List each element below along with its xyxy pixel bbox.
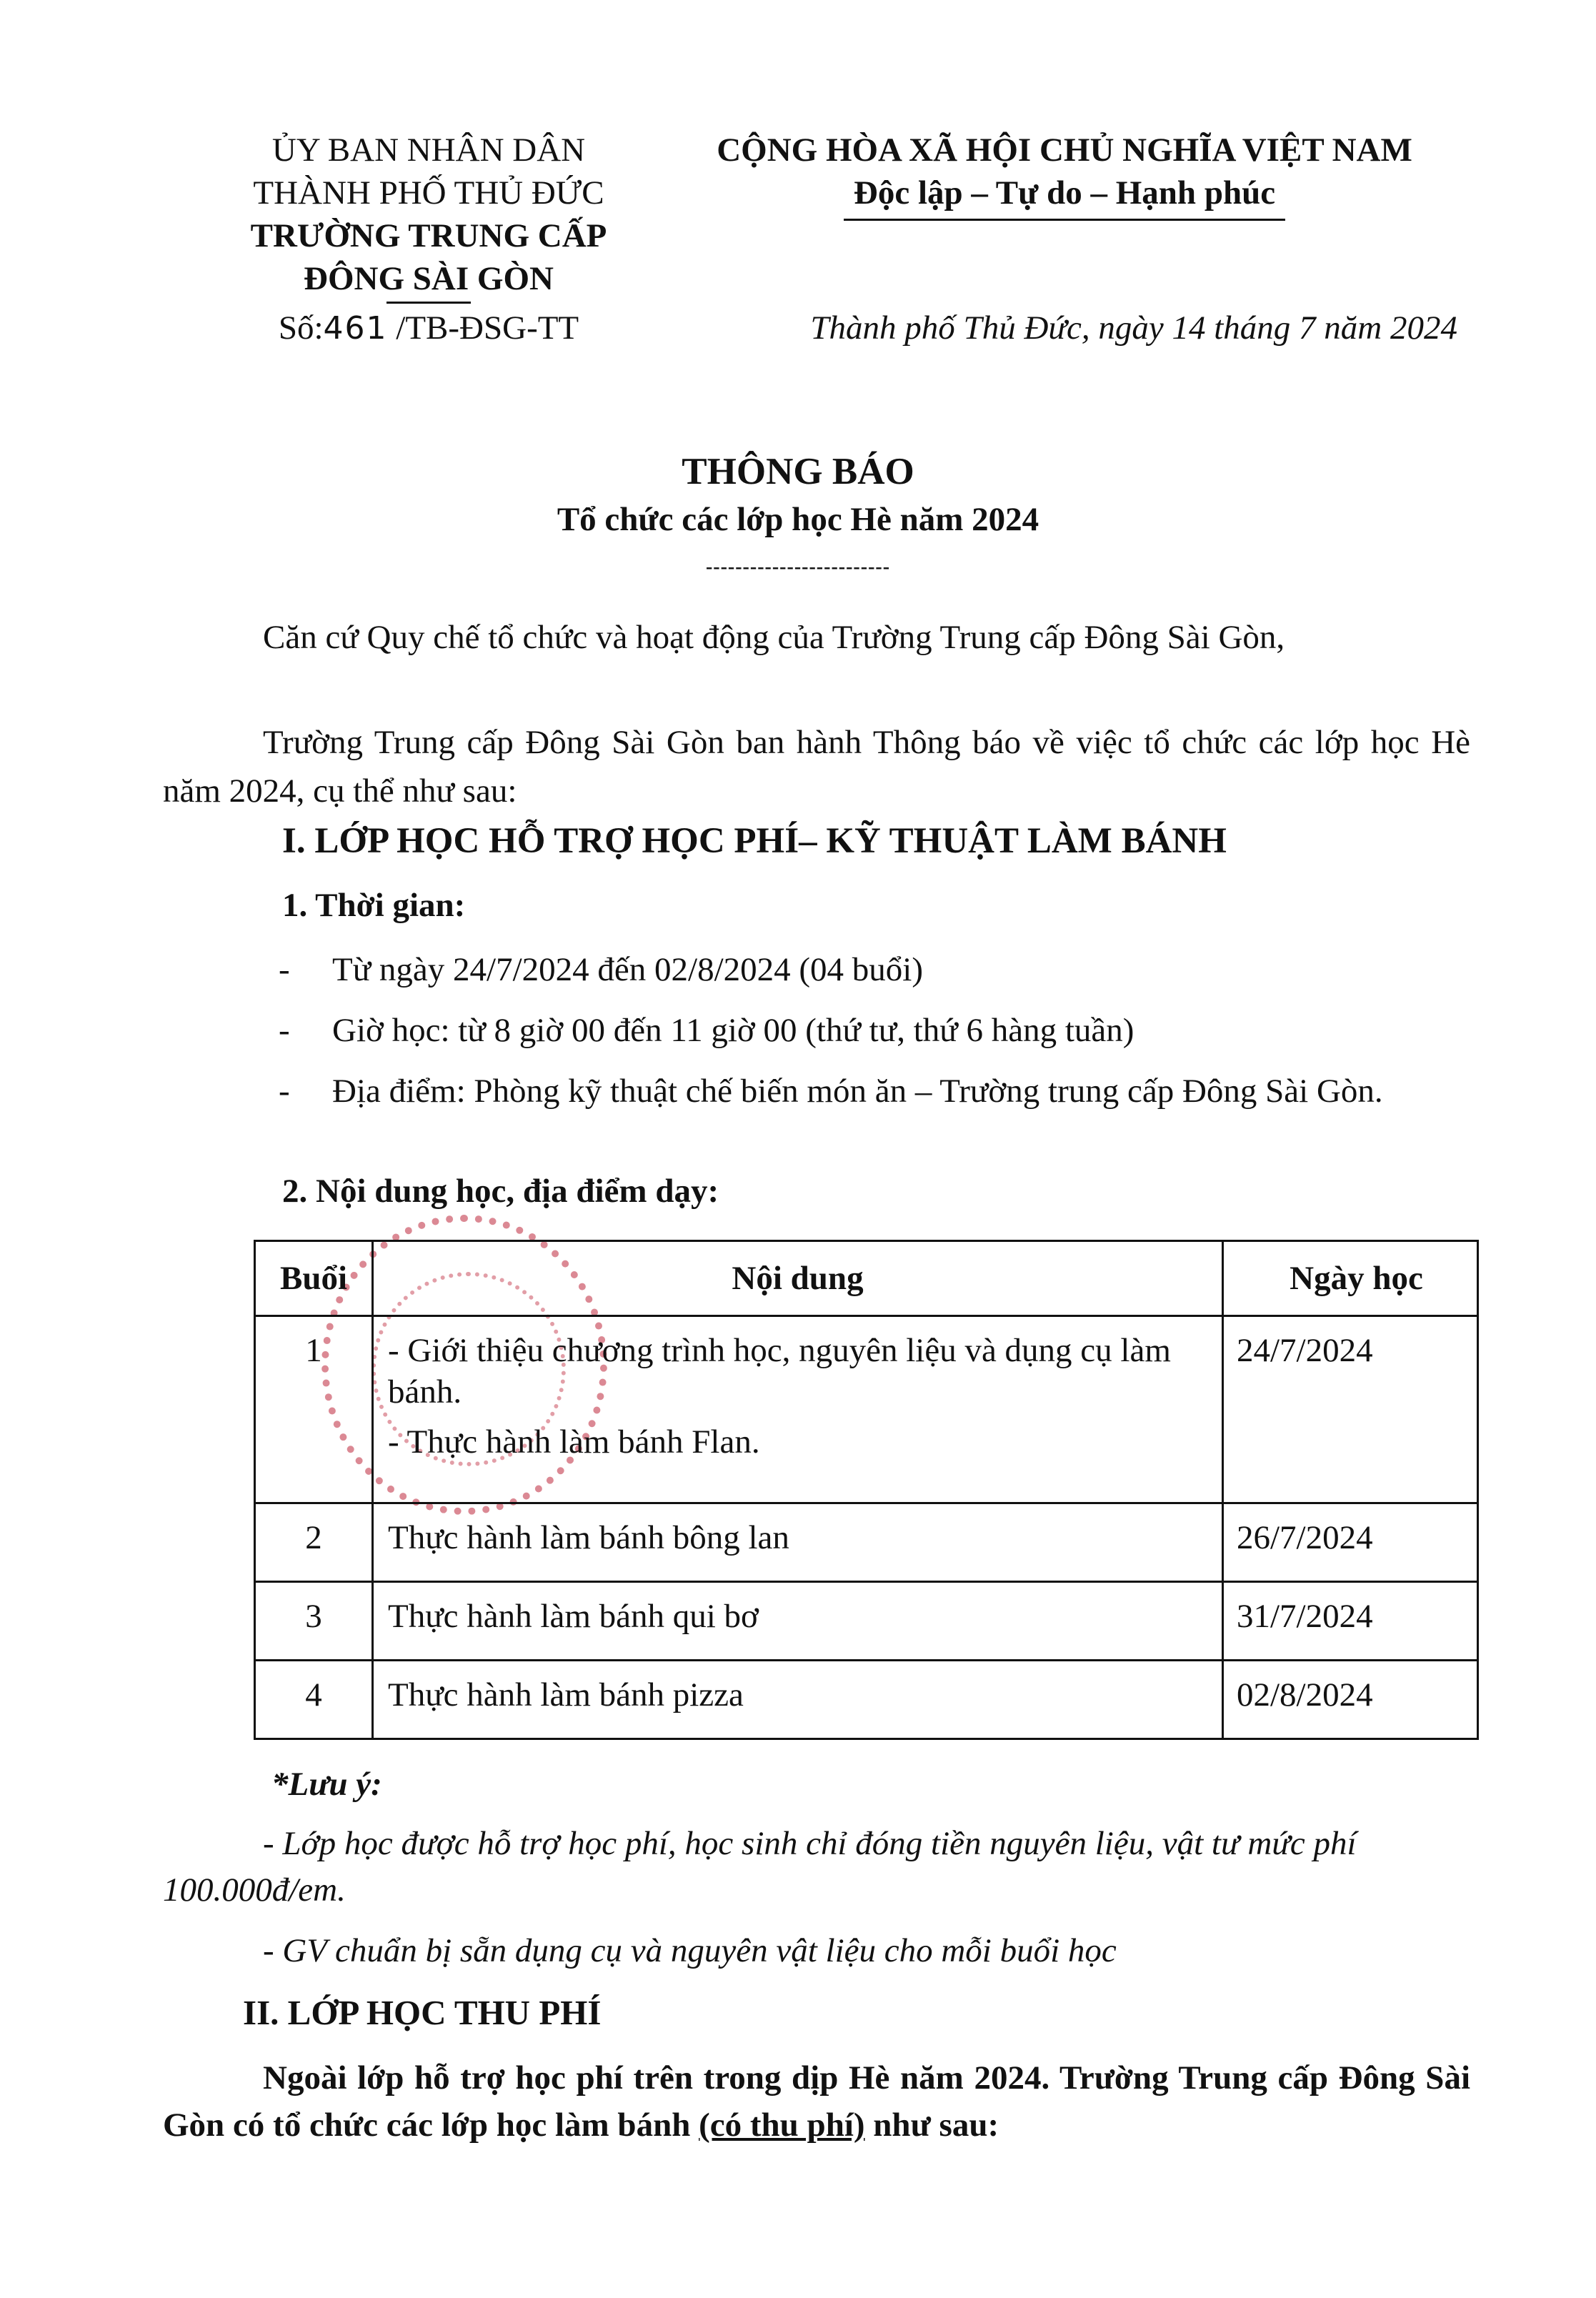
cell-date: 26/7/2024	[1223, 1503, 1478, 1582]
title-separator: -------------------------	[0, 556, 1596, 579]
col-header-content: Nội dung	[373, 1241, 1223, 1316]
table-row: 4 Thực hành làm bánh pizza 02/8/2024	[255, 1661, 1478, 1739]
cell-content: Thực hành làm bánh qui bơ	[373, 1582, 1223, 1661]
bullet-dash: -	[279, 1070, 290, 1112]
intro-paragraph-1: Căn cứ Quy chế tổ chức và hoạt động của …	[163, 613, 1470, 662]
note-materials: - GV chuẩn bị sẵn dụng cụ và nguyên vật …	[163, 1928, 1470, 1974]
paid-class-emphasis: (có thu phí)	[699, 2106, 864, 2144]
cell-content: Thực hành làm bánh pizza	[373, 1661, 1223, 1739]
section-2-paragraph: Ngoài lớp hỗ trợ học phí trên trong dịp …	[163, 2054, 1470, 2149]
document-subtitle: Tổ chức các lớp học Hè năm 2024	[0, 500, 1596, 539]
table-header-row: Buổi Nội dung Ngày học	[255, 1241, 1478, 1316]
section-1-sub-1-heading: 1. Thời gian:	[282, 886, 465, 925]
cell-date: 02/8/2024	[1223, 1661, 1478, 1739]
document-number: Số:461 /TB-ĐSG-TT	[179, 307, 679, 350]
table-row: 2 Thực hành làm bánh bông lan 26/7/2024	[255, 1503, 1478, 1582]
class-schedule-table: Buổi Nội dung Ngày học 1 - Giới thiệu ch…	[254, 1240, 1479, 1740]
schedule-bullet-dates: - Từ ngày 24/7/2024 đến 02/8/2024 (04 bu…	[282, 949, 1468, 990]
bullet-dash: -	[279, 949, 290, 990]
cell-date: 24/7/2024	[1223, 1316, 1478, 1503]
header-left-divider	[386, 302, 471, 304]
document-number-suffix: /TB-ĐSG-TT	[388, 309, 579, 347]
schedule-bullet-hours: - Giờ học: từ 8 giờ 00 đến 11 giờ 00 (th…	[282, 1010, 1468, 1051]
section-1-sub-2-heading: 2. Nội dung học, địa điểm dạy:	[282, 1172, 719, 1210]
cell-session: 2	[255, 1503, 373, 1582]
document-number-handwritten: 461	[324, 310, 388, 347]
cell-content: Thực hành làm bánh bông lan	[373, 1503, 1223, 1582]
col-header-session: Buổi	[255, 1241, 373, 1316]
national-title: CỘNG HÒA XÃ HỘI CHỦ NGHĨA VIỆT NAM	[672, 129, 1457, 171]
header-right-divider	[844, 219, 1285, 221]
cell-content: - Giới thiệu chương trình học, nguyên li…	[373, 1316, 1223, 1503]
section-1-heading: I. LỚP HỌC HỖ TRỢ HỌC PHÍ– KỸ THUẬT LÀM …	[282, 820, 1227, 862]
col-header-date: Ngày học	[1223, 1241, 1478, 1316]
authority-line-2: THÀNH PHỐ THỦ ĐỨC	[179, 171, 679, 214]
national-header-block: CỘNG HÒA XÃ HỘI CHỦ NGHĨA VIỆT NAM Độc l…	[672, 129, 1457, 221]
cell-session: 4	[255, 1661, 373, 1739]
cell-session: 1	[255, 1316, 373, 1503]
cell-date: 31/7/2024	[1223, 1582, 1478, 1661]
cell-session: 3	[255, 1582, 373, 1661]
document-title: THÔNG BÁO	[0, 450, 1596, 493]
school-name-line-2: ĐÔNG SÀI GÒN	[179, 257, 679, 300]
intro-paragraph-2: Trường Trung cấp Đông Sài Gòn ban hành T…	[163, 718, 1470, 815]
table-row: 3 Thực hành làm bánh qui bơ 31/7/2024	[255, 1582, 1478, 1661]
note-fee: - Lớp học được hỗ trợ học phí, học sinh …	[163, 1821, 1470, 1914]
section-2-heading: II. LỚP HỌC THU PHÍ	[243, 1992, 601, 2033]
bullet-dash: -	[279, 1010, 290, 1051]
school-name-line-1: TRƯỜNG TRUNG CẤP	[179, 214, 679, 257]
national-motto: Độc lập – Tự do – Hạnh phúc	[672, 171, 1457, 214]
document-date: Thành phố Thủ Đức, ngày 14 tháng 7 năm 2…	[672, 309, 1457, 347]
issuing-authority-block: ỦY BAN NHÂN DÂN THÀNH PHỐ THỦ ĐỨC TRƯỜNG…	[179, 129, 679, 350]
authority-line-1: ỦY BAN NHÂN DÂN	[179, 129, 679, 171]
schedule-bullet-location: - Địa điểm: Phòng kỹ thuật chế biến món …	[282, 1070, 1468, 1112]
table-row: 1 - Giới thiệu chương trình học, nguyên …	[255, 1316, 1478, 1503]
note-heading: *Lưu ý:	[271, 1765, 382, 1804]
document-number-prefix: Số:	[279, 309, 324, 347]
